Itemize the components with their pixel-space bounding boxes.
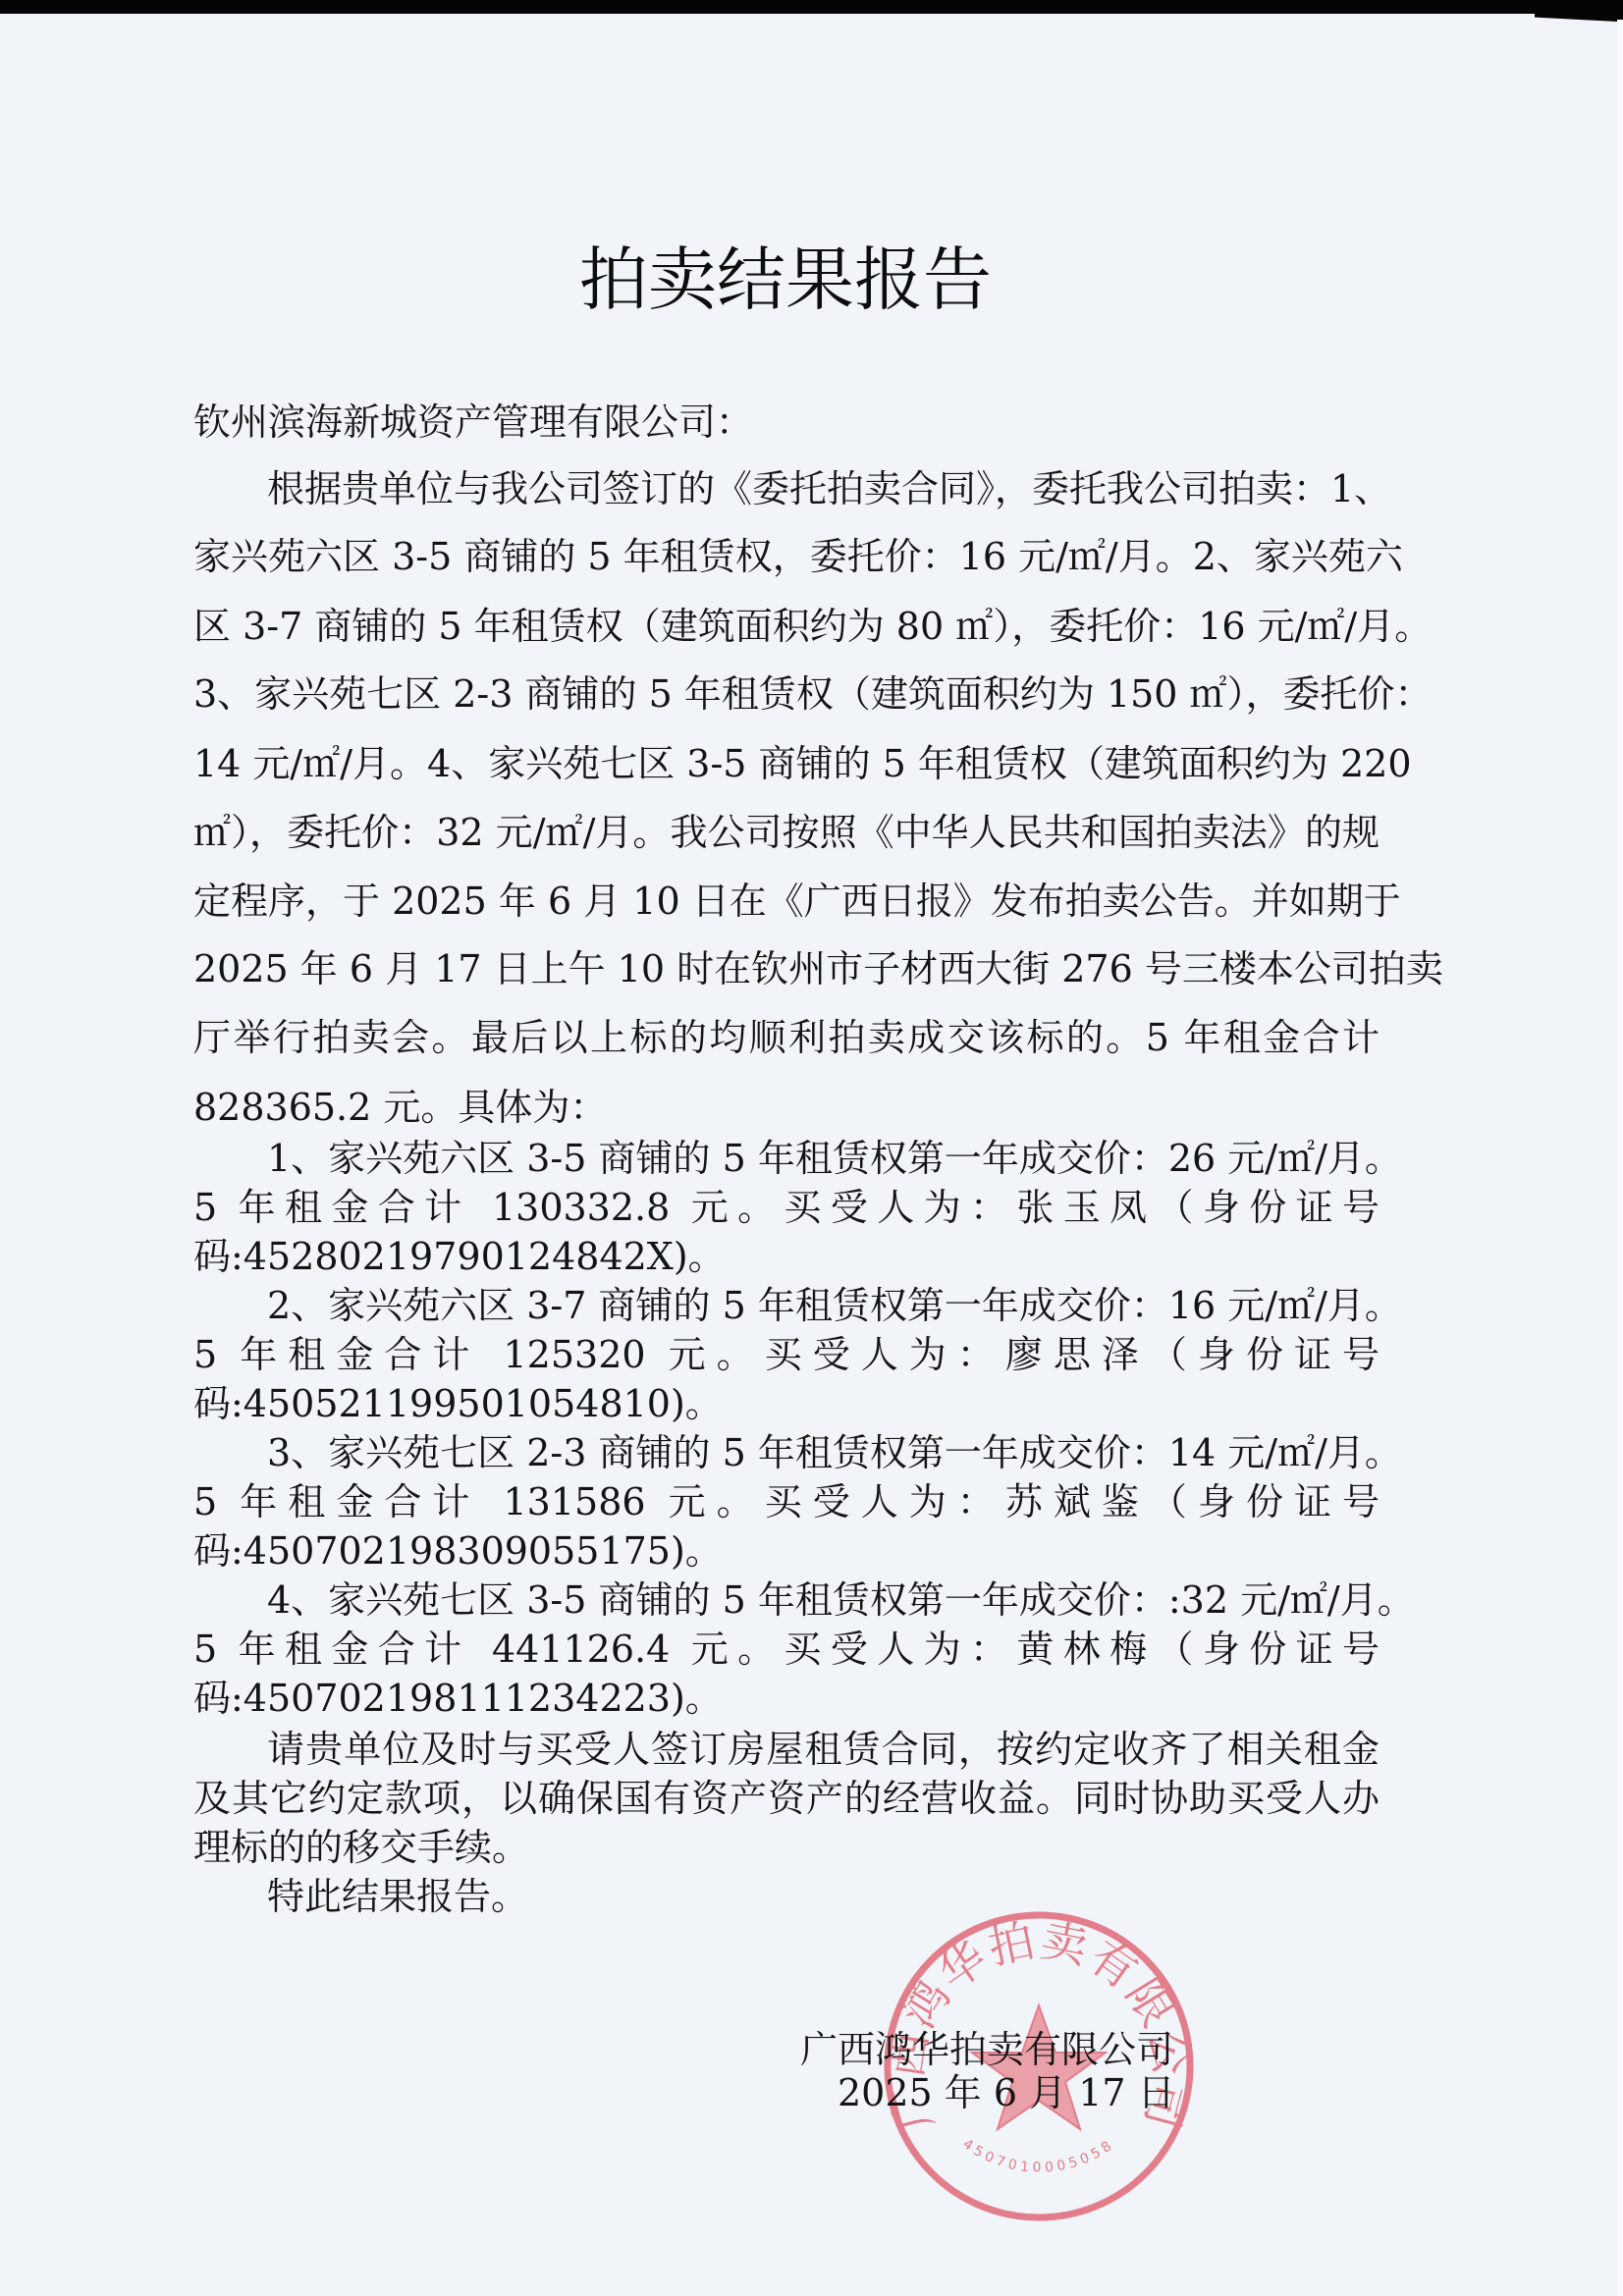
result-line: 4、家兴苑七区 3-5 商铺的 5 年租赁权第一年成交价：:32 元/㎡/月。 <box>267 1577 1380 1623</box>
intro-line: 区 3-7 商铺的 5 年租赁权（建筑面积约为 80 ㎡），委托价：16 元/㎡… <box>193 604 1380 649</box>
result-line: 2、家兴苑六区 3-7 商铺的 5 年租赁权第一年成交价：16 元/㎡/月。 <box>267 1283 1380 1328</box>
result-line: 5 年租金合计 131586 元。买受人为：苏斌鉴（身份证号 <box>193 1479 1380 1524</box>
conclusion: 特此结果报告。 <box>267 1874 1380 1919</box>
intro-line: 厅举行拍卖会。最后以上标的均顺利拍卖成交该标的。5 年租金合计 <box>193 1015 1380 1060</box>
page-edge-right <box>1617 20 1623 2296</box>
closing-line: 理标的的移交手续。 <box>193 1825 1380 1870</box>
result-line: 5 年租金合计 125320 元。买受人为：廖思泽（身份证号 <box>193 1332 1380 1377</box>
document-title: 拍卖结果报告 <box>577 241 994 318</box>
scan-border-top <box>0 0 1623 14</box>
signature-company: 广西鸿华拍卖有限公司 <box>800 2027 1173 2072</box>
result-line: 码:450521199501054810)。 <box>193 1381 1380 1426</box>
intro-line: 定程序，于 2025 年 6 月 10 日在《广西日报》发布拍卖公告。并如期于 <box>193 879 1380 924</box>
intro-line: 2025 年 6 月 17 日上午 10 时在钦州市子材西大街 276 号三楼本… <box>193 946 1380 991</box>
intro-line: ㎡），委托价：32 元/㎡/月。我公司按照《中华人民共和国拍卖法》的规 <box>193 810 1380 855</box>
intro-line: 828365.2 元。具体为： <box>193 1085 1380 1130</box>
result-line: 码:450702198111234223)。 <box>193 1676 1380 1721</box>
intro-line: 3、家兴苑七区 2-3 商铺的 5 年租赁权（建筑面积约为 150 ㎡），委托价… <box>193 671 1380 717</box>
result-line: 码:45280219790124842X)。 <box>193 1234 1380 1279</box>
result-line: 5 年租金合计 130332.8 元。买受人为：张玉凤（身份证号 <box>193 1185 1380 1230</box>
svg-text:4507010005058: 4507010005058 <box>959 2136 1117 2175</box>
intro-line: 家兴苑六区 3-5 商铺的 5 年租赁权，委托价：16 元/㎡/月。2、家兴苑六 <box>193 534 1380 579</box>
intro-line: 14 元/㎡/月。4、家兴苑七区 3-5 商铺的 5 年租赁权（建筑面积约为 2… <box>193 741 1380 786</box>
result-line: 3、家兴苑七区 2-3 商铺的 5 年租赁权第一年成交价：14 元/㎡/月。 <box>267 1430 1380 1475</box>
signature-date: 2025 年 6 月 17 日 <box>838 2070 1175 2115</box>
closing-line: 及其它约定款项，以确保国有资产资产的经营收益。同时协助买受人办 <box>193 1776 1380 1821</box>
addressee: 钦州滨海新城资产管理有限公司： <box>193 400 1380 445</box>
intro-line: 根据贵单位与我公司签订的《委托拍卖合同》，委托我公司拍卖：1、 <box>267 466 1380 511</box>
closing-line: 请贵单位及时与买受人签订房屋租赁合同，按约定收齐了相关租金 <box>267 1727 1380 1772</box>
result-line: 码:450702198309055175)。 <box>193 1528 1380 1574</box>
result-line: 1、家兴苑六区 3-5 商铺的 5 年租赁权第一年成交价：26 元/㎡/月。 <box>267 1136 1380 1181</box>
result-line: 5 年租金合计 441126.4 元。买受人为：黄林梅（身份证号 <box>193 1627 1380 1672</box>
